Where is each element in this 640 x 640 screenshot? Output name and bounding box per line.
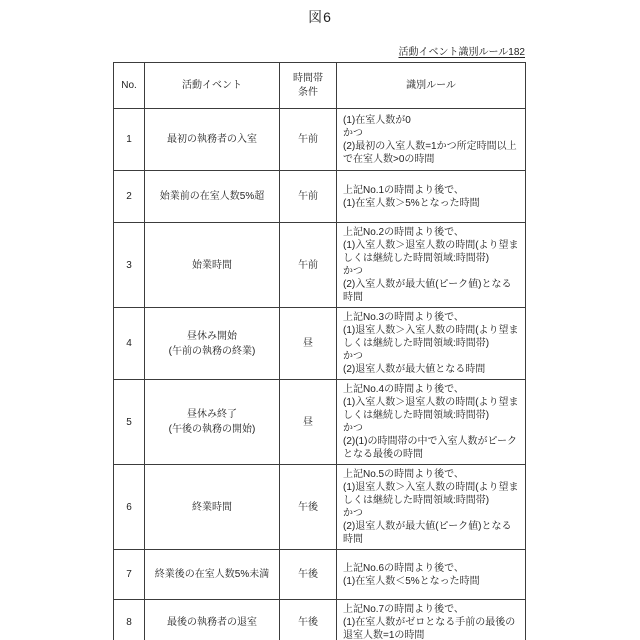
cell-rule: 上記No.3の時間より後で、 (1)退室人数＞入室人数の時間(より望ましくは継続…	[337, 308, 526, 380]
cell-rule: 上記No.5の時間より後で、 (1)退室人数＞入室人数の時間(より望ましくは継続…	[337, 465, 526, 550]
cell-no: 4	[114, 308, 145, 380]
cell-time: 午後	[280, 550, 337, 600]
table-row: 6 終業時間 午後 上記No.5の時間より後で、 (1)退室人数＞入室人数の時間…	[114, 465, 526, 550]
cell-rule: 上記No.4の時間より後で、 (1)入室人数＞退室人数の時間(より望ましくは継続…	[337, 380, 526, 465]
col-header-time: 時間帯 条件	[280, 63, 337, 109]
cell-event: 始業時間	[145, 223, 280, 308]
cell-rule: (1)在室人数が0 かつ (2)最初の入室人数=1かつ所定時間以上で在室人数>0…	[337, 109, 526, 171]
cell-time: 昼	[280, 380, 337, 465]
table-row: 5 昼休み終了 (午後の執務の開始) 昼 上記No.4の時間より後で、 (1)入…	[114, 380, 526, 465]
col-header-rule: 識別ルール	[337, 63, 526, 109]
figure-title: 図6	[0, 7, 640, 27]
activity-event-rules-table: No. 活動イベント 時間帯 条件 識別ルール 1 最初の執務者の入室 午前 (…	[113, 62, 526, 640]
table-row: 8 最後の執務者の退室 午後 上記No.7の時間より後で、 (1)在室人数がゼロ…	[114, 600, 526, 640]
cell-time: 午後	[280, 600, 337, 640]
table-row: 3 始業時間 午前 上記No.2の時間より後で、 (1)入室人数＞退室人数の時間…	[114, 223, 526, 308]
cell-rule: 上記No.7の時間より後で、 (1)在室人数がゼロとなる手前の最後の退室人数=1…	[337, 600, 526, 640]
table-row: 2 始業前の在室人数5%超 午前 上記No.1の時間より後で、 (1)在室人数＞…	[114, 171, 526, 223]
table-row: 1 最初の執務者の入室 午前 (1)在室人数が0 かつ (2)最初の入室人数=1…	[114, 109, 526, 171]
col-header-no: No.	[114, 63, 145, 109]
cell-event: 最初の執務者の入室	[145, 109, 280, 171]
cell-event: 始業前の在室人数5%超	[145, 171, 280, 223]
cell-time: 午後	[280, 465, 337, 550]
cell-no: 7	[114, 550, 145, 600]
cell-time: 午前	[280, 171, 337, 223]
cell-time: 午前	[280, 109, 337, 171]
cell-event: 昼休み開始 (午前の執務の終業)	[145, 308, 280, 380]
cell-event: 終業時間	[145, 465, 280, 550]
table-row: 4 昼休み開始 (午前の執務の終業) 昼 上記No.3の時間より後で、 (1)退…	[114, 308, 526, 380]
cell-time: 昼	[280, 308, 337, 380]
cell-event: 終業後の在室人数5%未満	[145, 550, 280, 600]
cell-no: 3	[114, 223, 145, 308]
cell-event: 昼休み終了 (午後の執務の開始)	[145, 380, 280, 465]
cell-event: 最後の執務者の退室	[145, 600, 280, 640]
col-header-event: 活動イベント	[145, 63, 280, 109]
cell-no: 2	[114, 171, 145, 223]
cell-no: 5	[114, 380, 145, 465]
cell-no: 1	[114, 109, 145, 171]
table-ref-label: 活動イベント識別ルール182	[113, 43, 525, 58]
cell-no: 8	[114, 600, 145, 640]
cell-rule: 上記No.1の時間より後で、 (1)在室人数＞5%となった時間	[337, 171, 526, 223]
table-header-row: No. 活動イベント 時間帯 条件 識別ルール	[114, 63, 526, 109]
cell-no: 6	[114, 465, 145, 550]
cell-rule: 上記No.2の時間より後で、 (1)入室人数＞退室人数の時間(より望ましくは継続…	[337, 223, 526, 308]
table-row: 7 終業後の在室人数5%未満 午後 上記No.6の時間より後で、 (1)在室人数…	[114, 550, 526, 600]
cell-rule: 上記No.6の時間より後で、 (1)在室人数＜5%となった時間	[337, 550, 526, 600]
cell-time: 午前	[280, 223, 337, 308]
document-page: 図6 活動イベント識別ルール182 No. 活動イベント 時間帯 条件 識別ルー…	[0, 0, 640, 640]
